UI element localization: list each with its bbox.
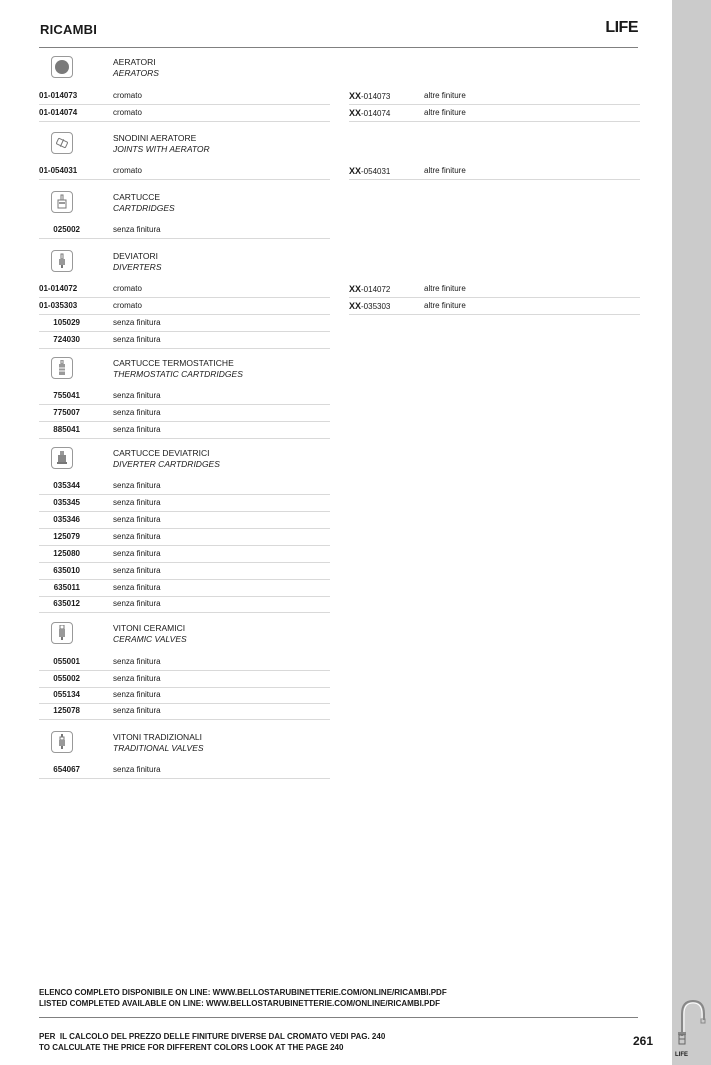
- section-title-it: SNODINI AERATORE: [113, 133, 196, 143]
- part-finish: senza finitura: [113, 498, 161, 507]
- section-joints: SNODINI AERATORE JOINTS WITH AERATOR: [39, 128, 330, 162]
- part-finish: cromato: [113, 91, 142, 100]
- section-title-en: THERMOSTATIC CARTDRIDGES: [113, 369, 243, 379]
- section-title-en: JOINTS WITH AERATOR: [113, 144, 210, 154]
- table-row: 125078senza finitura: [39, 702, 330, 720]
- part-finish: senza finitura: [113, 318, 161, 327]
- alt-code: -035303: [361, 302, 390, 311]
- section-title-it: CARTUCCE: [113, 192, 160, 202]
- table-row: 01-035303cromato: [39, 297, 330, 315]
- part-finish: senza finitura: [113, 706, 161, 715]
- part-code: 125080: [39, 549, 80, 558]
- table-row: 724030senza finitura: [39, 331, 330, 349]
- table-row: 125079senza finitura: [39, 528, 330, 546]
- alt-finish: altre finiture: [424, 91, 466, 100]
- table-row: 01-014073cromato: [39, 87, 330, 105]
- alt-prefix: XX: [349, 108, 361, 118]
- section-thermostatic-cartridges: CARTUCCE TERMOSTATICHE THERMOSTATIC CART…: [39, 353, 330, 387]
- faucet-logo-icon: [674, 998, 708, 1048]
- price-note: PER IL CALCOLO DEL PREZZO DELLE FINITURE…: [39, 1031, 385, 1053]
- alt-row: XX-014073altre finiture: [349, 87, 640, 105]
- table-row: 055001senza finitura: [39, 653, 330, 671]
- part-code: 125078: [39, 706, 80, 715]
- online-note-en: LISTED COMPLETED AVAILABLE ON LINE: WWW.…: [39, 998, 447, 1009]
- section-title-it: CARTUCCE DEVIATRICI: [113, 448, 210, 458]
- part-code: 885041: [39, 425, 80, 434]
- part-finish: senza finitura: [113, 225, 161, 234]
- section-title-en: DIVERTER CARTDRIDGES: [113, 459, 220, 469]
- part-code: 01-035303: [39, 301, 80, 310]
- part-code: 654067: [39, 765, 80, 774]
- section-title-en: TRADITIONAL VALVES: [113, 743, 204, 753]
- section-cartridges: CARTUCCE CARTDRIDGES: [39, 187, 330, 221]
- part-finish: cromato: [113, 108, 142, 117]
- alt-finish: altre finiture: [424, 301, 466, 310]
- alt-row: XX-014074altre finiture: [349, 104, 640, 122]
- section-title-en: CARTDRIDGES: [113, 203, 175, 213]
- table-row: 01-014074cromato: [39, 104, 330, 122]
- alt-code: -014073: [361, 92, 390, 101]
- table-row: 635012senza finitura: [39, 595, 330, 613]
- alt-code: -014074: [361, 109, 390, 118]
- part-finish: senza finitura: [113, 674, 161, 683]
- part-finish: cromato: [113, 284, 142, 293]
- section-title-en: CERAMIC VALVES: [113, 634, 187, 644]
- part-code: 035344: [39, 481, 80, 490]
- alt-prefix: XX: [349, 301, 361, 311]
- part-finish: senza finitura: [113, 425, 161, 434]
- part-code: 724030: [39, 335, 80, 344]
- section-title-en: DIVERTERS: [113, 262, 162, 272]
- table-row: 025002senza finitura: [39, 221, 330, 239]
- part-code: 105029: [39, 318, 80, 327]
- part-code: 01-014073: [39, 91, 80, 100]
- table-row: 01-054031cromato: [39, 162, 330, 180]
- part-code: 01-054031: [39, 166, 80, 175]
- part-finish: cromato: [113, 301, 142, 310]
- alt-finish: altre finiture: [424, 166, 466, 175]
- part-code: 055001: [39, 657, 80, 666]
- price-note-en: TO CALCULATE THE PRICE FOR DIFFERENT COL…: [39, 1042, 385, 1053]
- diverter-cartridge-icon: [51, 447, 73, 469]
- alt-row: XX-054031altre finiture: [349, 162, 640, 180]
- table-row: 654067senza finitura: [39, 761, 330, 779]
- side-band: [672, 0, 711, 1065]
- section-title-it: VITONI CERAMICI: [113, 623, 185, 633]
- alt-prefix: XX: [349, 91, 361, 101]
- part-code: 125079: [39, 532, 80, 541]
- table-row: 035345senza finitura: [39, 494, 330, 512]
- part-code: 635010: [39, 566, 80, 575]
- part-finish: senza finitura: [113, 335, 161, 344]
- part-finish: senza finitura: [113, 391, 161, 400]
- header-divider: [39, 47, 638, 48]
- table-row: 635010senza finitura: [39, 562, 330, 580]
- table-row: 885041senza finitura: [39, 421, 330, 439]
- section-diverters: DEVIATORI DIVERTERS: [39, 246, 330, 280]
- part-finish: senza finitura: [113, 481, 161, 490]
- part-finish: cromato: [113, 166, 142, 175]
- section-title-en: AERATORS: [113, 68, 159, 78]
- part-finish: senza finitura: [113, 566, 161, 575]
- part-finish: senza finitura: [113, 657, 161, 666]
- section-ceramic-valves: VITONI CERAMICI CERAMIC VALVES: [39, 618, 330, 652]
- alt-row: XX-014072altre finiture: [349, 280, 640, 298]
- page-number: 261: [633, 1034, 653, 1048]
- part-code: 035346: [39, 515, 80, 524]
- aerator-icon: [51, 56, 73, 78]
- part-finish: senza finitura: [113, 515, 161, 524]
- table-row: 755041senza finitura: [39, 387, 330, 405]
- footer-divider: [39, 1017, 638, 1018]
- part-code: 635011: [39, 583, 80, 592]
- cartridge-icon: [51, 191, 73, 213]
- logo-label: LIFE: [675, 1052, 688, 1058]
- online-list-note: ELENCO COMPLETO DISPONIBILE ON LINE: WWW…: [39, 987, 447, 1009]
- part-finish: senza finitura: [113, 408, 161, 417]
- part-code: 055002: [39, 674, 80, 683]
- table-row: 775007senza finitura: [39, 404, 330, 422]
- traditional-valve-icon: [51, 731, 73, 753]
- part-finish: senza finitura: [113, 765, 161, 774]
- table-row: 125080senza finitura: [39, 545, 330, 563]
- table-row: 105029senza finitura: [39, 314, 330, 332]
- part-code: 755041: [39, 391, 80, 400]
- thermostatic-cartridge-icon: [51, 357, 73, 379]
- joint-icon: [51, 132, 73, 154]
- part-finish: senza finitura: [113, 690, 161, 699]
- part-code: 055134: [39, 690, 80, 699]
- section-diverter-cartridges: CARTUCCE DEVIATRICI DIVERTER CARTDRIDGES: [39, 443, 330, 477]
- section-title-it: AERATORI: [113, 57, 156, 67]
- part-code: 775007: [39, 408, 80, 417]
- part-code: 035345: [39, 498, 80, 507]
- part-finish: senza finitura: [113, 583, 161, 592]
- part-code: 635012: [39, 599, 80, 608]
- alt-prefix: XX: [349, 284, 361, 294]
- table-row: 01-014072cromato: [39, 280, 330, 298]
- price-note-it: PER IL CALCOLO DEL PREZZO DELLE FINITURE…: [39, 1031, 385, 1042]
- section-title-it: DEVIATORI: [113, 251, 158, 261]
- table-row: 035344senza finitura: [39, 477, 330, 495]
- alt-finish: altre finiture: [424, 284, 466, 293]
- part-code: 01-014072: [39, 284, 80, 293]
- alt-code: -054031: [361, 167, 390, 176]
- part-finish: senza finitura: [113, 549, 161, 558]
- alt-code: -014072: [361, 285, 390, 294]
- part-finish: senza finitura: [113, 532, 161, 541]
- part-code: 025002: [39, 225, 80, 234]
- part-finish: senza finitura: [113, 599, 161, 608]
- alt-prefix: XX: [349, 166, 361, 176]
- page-title: RICAMBI: [40, 22, 97, 37]
- section-aerators: AERATORI AERATORS: [39, 52, 330, 86]
- alt-finish: altre finiture: [424, 108, 466, 117]
- diverter-icon: [51, 250, 73, 272]
- alt-row: XX-035303altre finiture: [349, 297, 640, 315]
- brand-title: LIFE: [605, 19, 638, 37]
- section-title-it: VITONI TRADIZIONALI: [113, 732, 202, 742]
- online-note-it: ELENCO COMPLETO DISPONIBILE ON LINE: WWW…: [39, 987, 447, 998]
- ceramic-valve-icon: [51, 622, 73, 644]
- part-code: 01-014074: [39, 108, 80, 117]
- section-traditional-valves: VITONI TRADIZIONALI TRADITIONAL VALVES: [39, 727, 330, 761]
- section-title-it: CARTUCCE TERMOSTATICHE: [113, 358, 234, 368]
- table-row: 035346senza finitura: [39, 511, 330, 529]
